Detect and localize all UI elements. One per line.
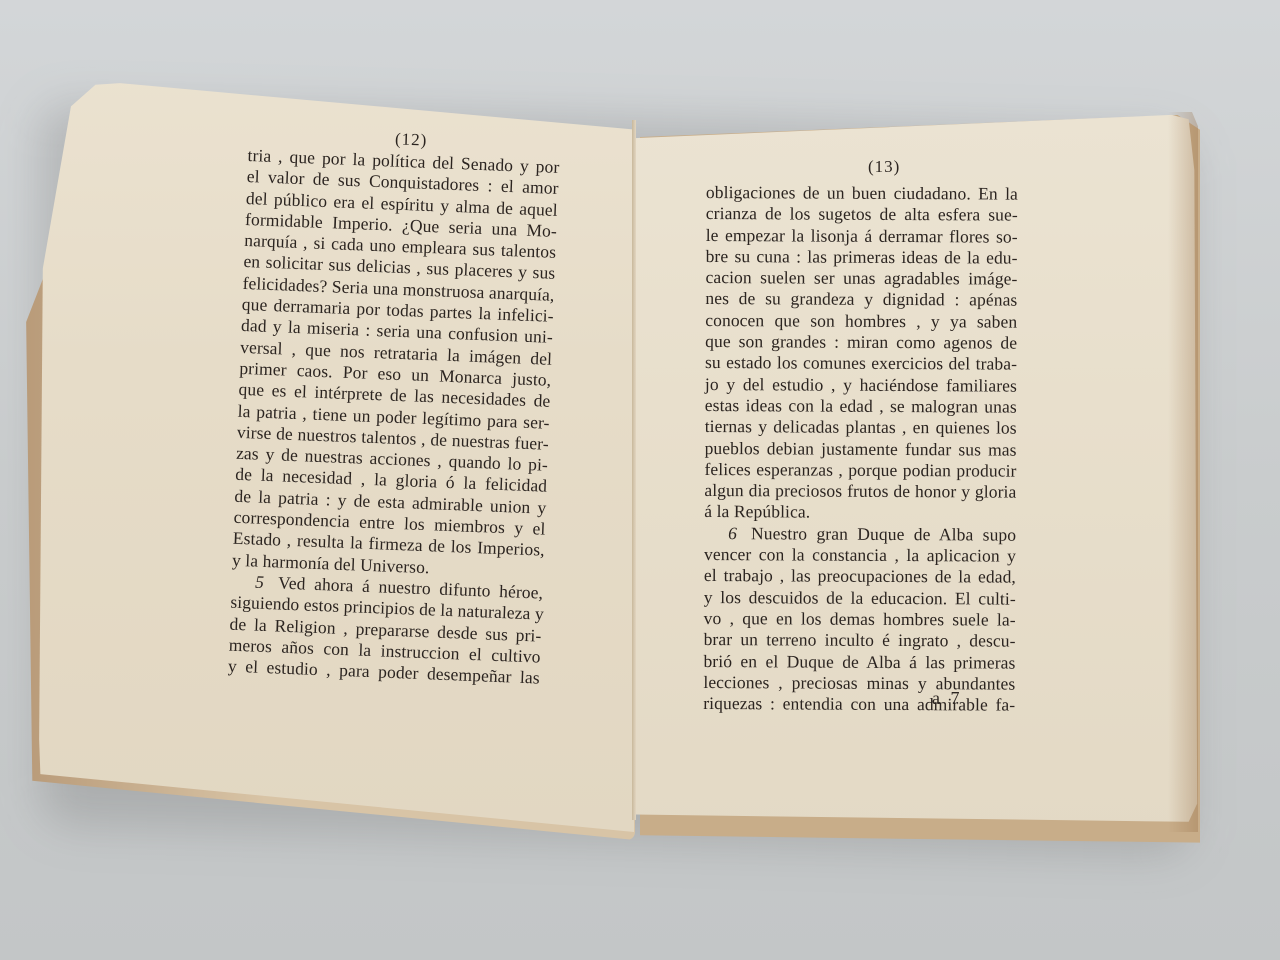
text-line: riquezas : entendia con una admirable fa… xyxy=(703,693,1015,716)
text-line: algun dia preciosos frutos de honor y gl… xyxy=(704,480,1016,503)
text-line: el trabajo , las preocupaciones de la ed… xyxy=(704,565,1016,588)
signature-mark: a 7 xyxy=(932,688,963,709)
text-line: bre su cuna : las primeras ideas de la e… xyxy=(706,246,1018,269)
text-line: estas ideas con la edad , se malogran un… xyxy=(705,395,1017,418)
text-line: vo , que en los demas hombres suele la- xyxy=(704,608,1016,631)
page-number-right: (13) xyxy=(868,157,900,177)
text-line: felices esperanzas , porque podian produ… xyxy=(704,459,1016,482)
text-line: Nuestro gran Duque de Alba supo xyxy=(751,523,1016,544)
page-number-left: (12) xyxy=(395,129,428,150)
text-line: y los descuidos de la educacion. El cult… xyxy=(704,587,1016,610)
text-line: jo y del estudio , y haciéndose familiar… xyxy=(705,374,1017,397)
text-line: tiernas y delicadas plantas , en quienes… xyxy=(705,416,1017,439)
book-gutter xyxy=(632,120,636,820)
text-line: cacion suelen ser unas agradables imáge- xyxy=(705,267,1017,290)
text-line: que son grandes : miran como agenos de xyxy=(705,331,1017,354)
text-line: conocen que son hombres , y ya saben xyxy=(705,310,1017,333)
text-line: le empezar la lisonja á derramar flores … xyxy=(706,225,1018,248)
text-line: brió en el Duque de Alba á las primeras xyxy=(703,651,1015,674)
text-line: brar un terreno inculto é ingrato , desc… xyxy=(704,629,1016,652)
right-page-text: obligaciones de un buen ciudadano. En la… xyxy=(703,182,1018,716)
paragraph-number: 5 xyxy=(255,572,265,592)
text-line: á la República. xyxy=(704,501,1016,524)
text-line: crianza de los sugetos de alta esfera su… xyxy=(706,203,1018,226)
right-edge-foxing xyxy=(1168,112,1198,832)
left-page-text: tria , que por la política del Senado y … xyxy=(228,145,560,689)
photo-scene: (12) tria , que por la política del Sena… xyxy=(0,0,1280,960)
paragraph-start: 6Nuestro gran Duque de Alba supo xyxy=(704,523,1016,546)
paragraph-number: 6 xyxy=(728,523,737,543)
text-line: su estado los comunes exercicios del tra… xyxy=(705,352,1017,375)
text-line: pueblos debian justamente fundar sus mas xyxy=(705,438,1017,461)
text-line: lecciones , preciosas minas y abundantes xyxy=(703,672,1015,695)
text-line: nes de su grandeza y dignidad : apénas xyxy=(705,288,1017,311)
text-line: obligaciones de un buen ciudadano. En la xyxy=(706,182,1018,205)
text-line: vencer con la constancia , la aplicacion… xyxy=(704,544,1016,567)
